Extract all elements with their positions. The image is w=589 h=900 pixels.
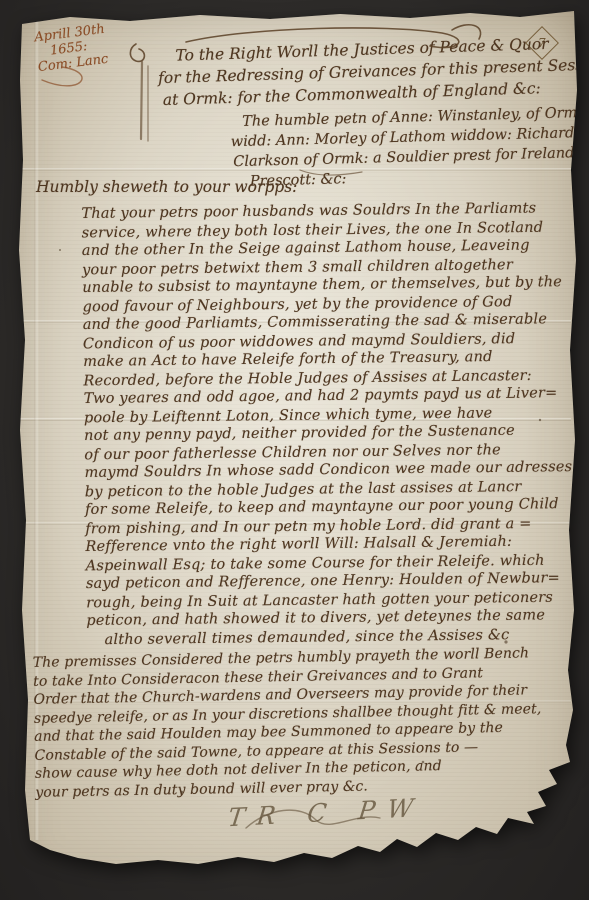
- paper-sheet: Aprill 30th 1655: Com: Lanc 7 To the Rig…: [0, 0, 589, 900]
- date-margin-note: Aprill 30th 1655: Com: Lanc: [34, 22, 110, 75]
- petition-prayer: The premisses Considered the petrs humbl…: [33, 644, 543, 802]
- petition-body: That your petrs poor husbands was Souldr…: [81, 199, 574, 649]
- petition-heading: To the Right Worll the Justices of Peace…: [157, 31, 589, 111]
- photograph-background: Aprill 30th 1655: Com: Lanc 7 To the Rig…: [0, 0, 589, 900]
- salutation-line: Humbly sheweth to your worpps:: [36, 178, 297, 196]
- manuscript-paper: Aprill 30th 1655: Com: Lanc 7 To the Rig…: [0, 0, 589, 900]
